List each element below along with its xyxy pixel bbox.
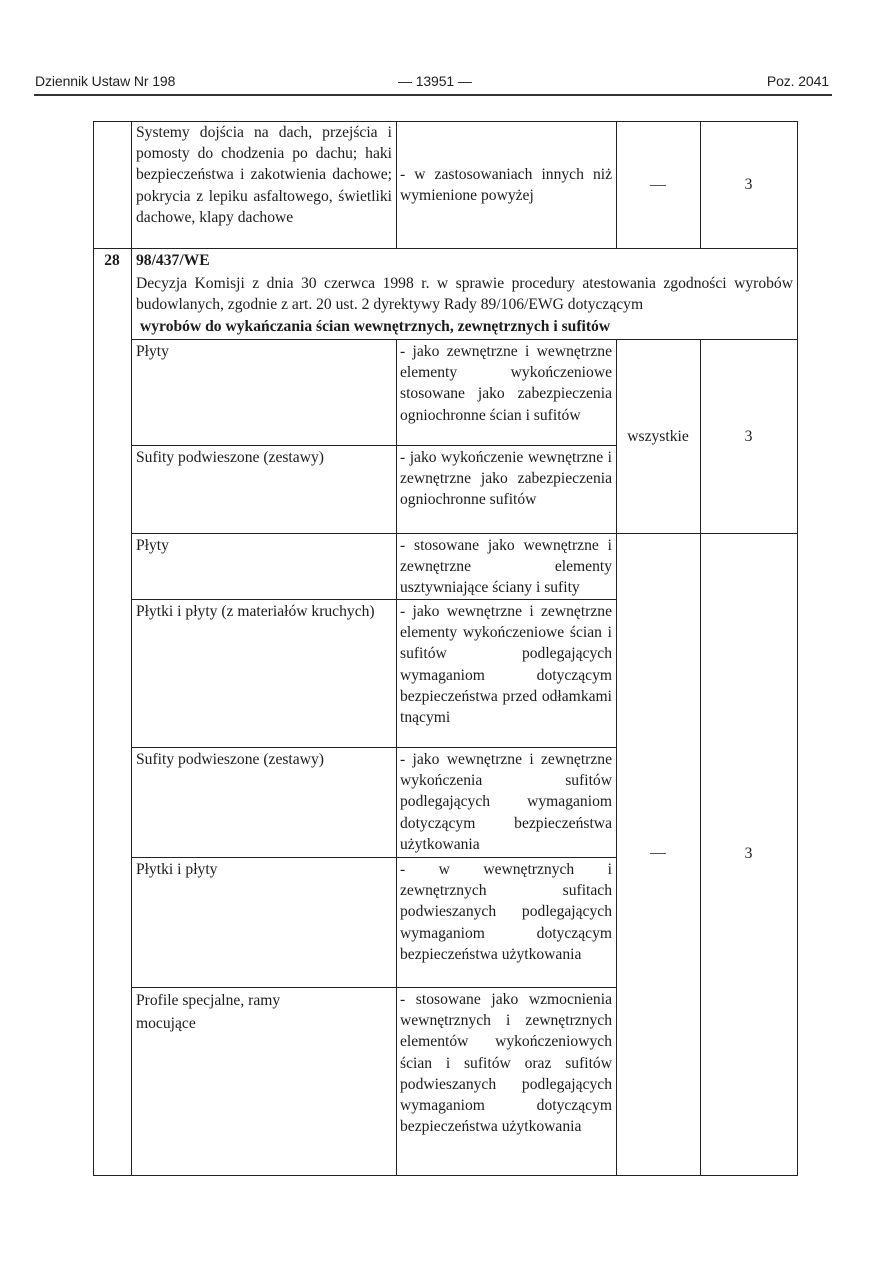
header-rule — [34, 94, 832, 96]
table-bottom-border — [93, 1175, 798, 1176]
class-dash — [650, 185, 666, 186]
product-cell: Płyty — [136, 535, 392, 556]
use-cell: - jako zewnętrzne i wewnętrzne elementy … — [400, 341, 612, 426]
use-cell: - jako wewnętrzne i zewnętrzne elementy … — [400, 601, 612, 728]
row-divider — [131, 445, 616, 446]
col-border — [700, 339, 701, 1176]
row-divider — [131, 599, 616, 600]
system-cell: 3 — [700, 174, 797, 195]
product-cell: Płytki i płyty — [136, 859, 392, 880]
col-border — [93, 121, 94, 1176]
row-divider — [131, 747, 616, 748]
row-divider — [131, 339, 798, 340]
row-divider — [131, 857, 616, 858]
decision-description: Decyzja Komisji z dnia 30 czerwca 1998 r… — [136, 273, 793, 315]
use-cell: - stosowane jako wewnętrzne i zewnętrzne… — [400, 535, 612, 599]
use-cell: - stosowane jako wzmocnienia wewnętrznyc… — [400, 989, 612, 1137]
certification-table: Systemy dojścia na dach, przejścia i pom… — [93, 121, 798, 1176]
product-cell: Sufity podwieszone (zestawy) — [136, 749, 392, 770]
col-border — [396, 339, 397, 1176]
row-divider — [131, 533, 798, 534]
system-cell: 3 — [700, 426, 797, 447]
class-cell: wszystkie — [616, 426, 700, 447]
page-number: — 13951 — — [398, 73, 472, 89]
position-number: Poz. 2041 — [767, 73, 829, 89]
product-cell: Płyty — [136, 341, 392, 362]
decision-code: 98/437/WE — [136, 250, 791, 271]
col-border — [616, 121, 617, 248]
product-cell: Systemy dojścia na dach, przejścia i pom… — [136, 122, 392, 228]
col-border — [396, 121, 397, 248]
product-cell: Profile specjalne, ramy mocujące — [136, 989, 316, 1035]
use-cell: - jako wykończenie wewnętrzne i zewnętrz… — [400, 447, 612, 511]
decision-subject: wyrobów do wykańczania ścian wewnętrznyc… — [140, 316, 795, 337]
col-border — [616, 339, 617, 1176]
row-divider — [131, 987, 616, 988]
class-dash — [650, 853, 666, 854]
system-cell: 3 — [700, 843, 797, 864]
use-cell: - w zastosowaniach innych niż wymienione… — [400, 164, 612, 206]
use-cell: - jako wewnętrzne i zewnętrzne wykończen… — [400, 749, 612, 855]
row-divider — [93, 248, 798, 249]
use-cell: - w wewnętrznych i zewnętrznych sufitach… — [400, 859, 612, 965]
entry-number: 28 — [93, 250, 131, 271]
product-cell: Płytki i płyty (z materiałów kruchych) — [136, 601, 392, 622]
col-border — [797, 121, 798, 1176]
col-border — [131, 121, 132, 1176]
product-cell: Sufity podwieszone (zestawy) — [136, 447, 392, 468]
journal-title: Dziennik Ustaw Nr 198 — [35, 73, 175, 89]
